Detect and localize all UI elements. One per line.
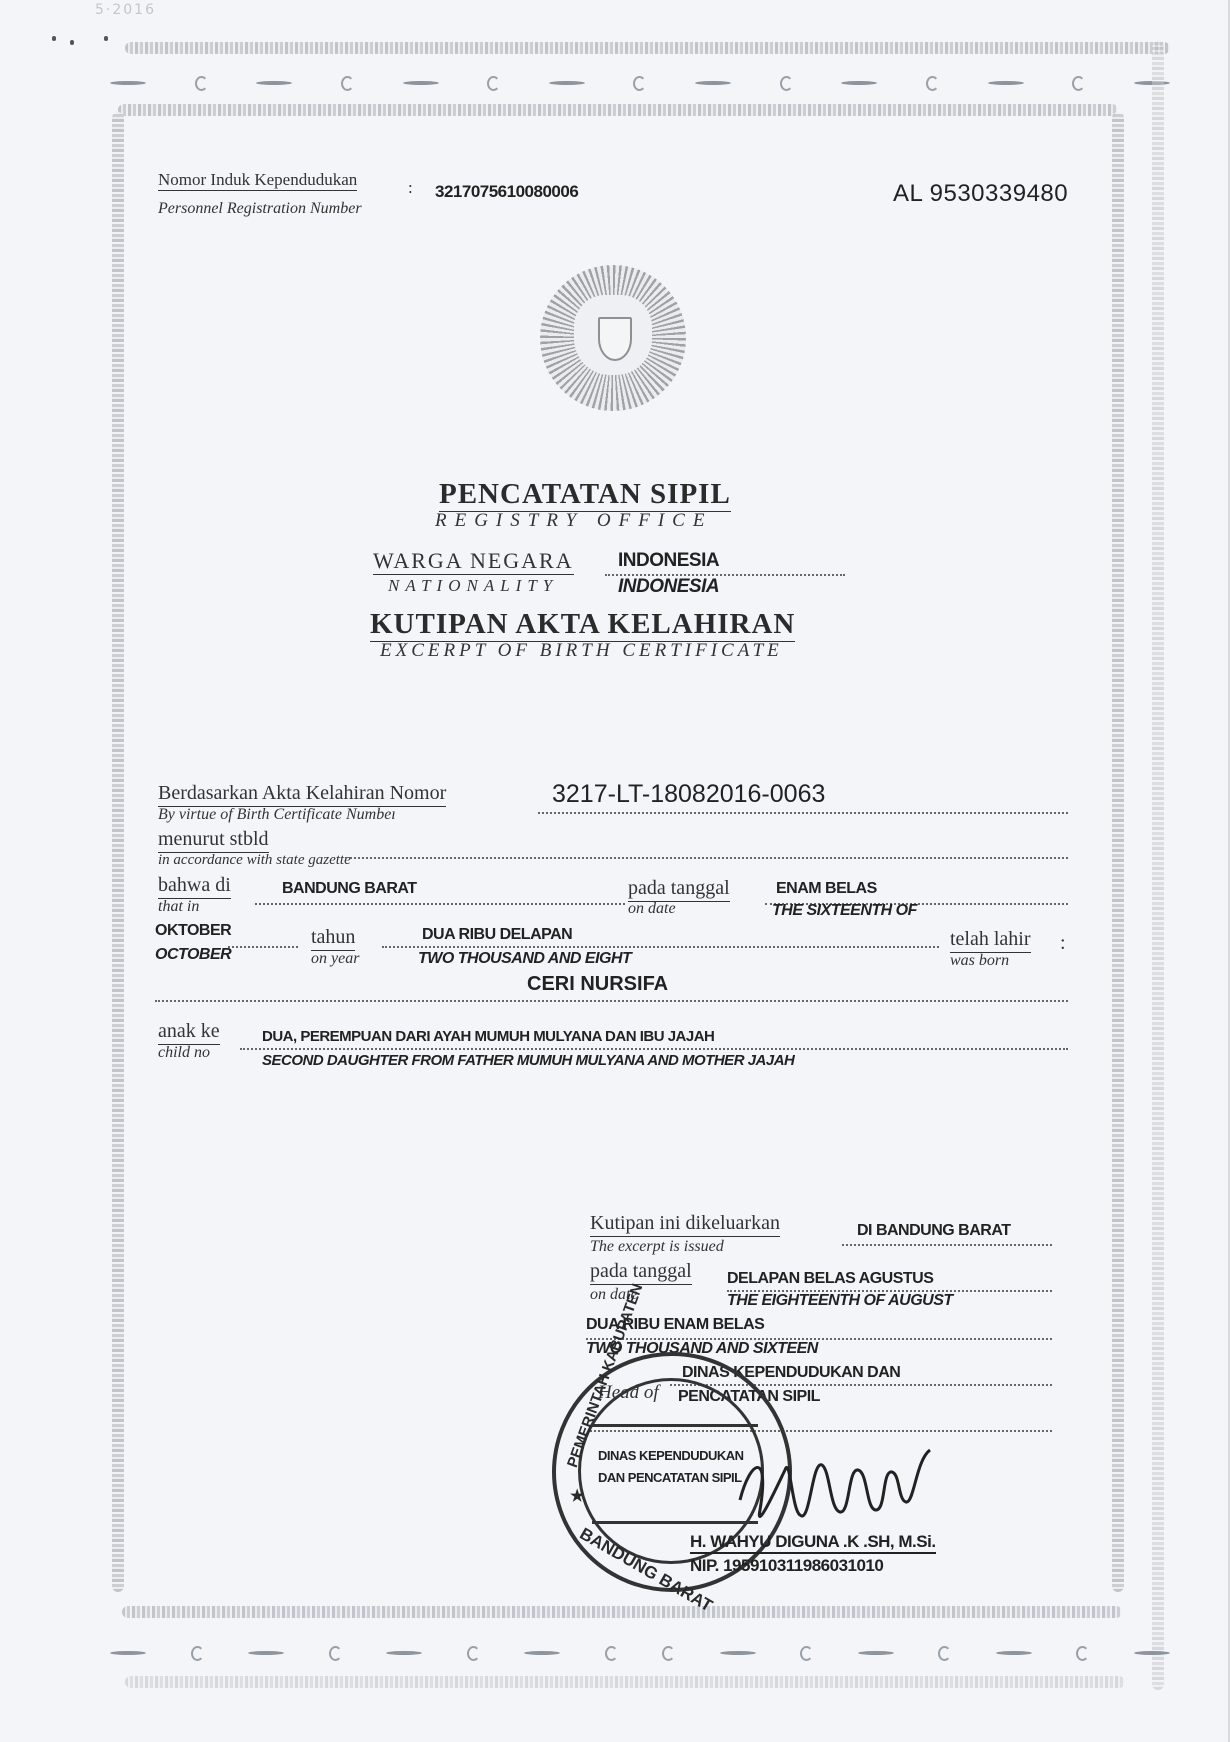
issued-date-label: pada tanggal <box>590 1260 692 1285</box>
born-separator: : <box>1060 932 1066 955</box>
border-ornament-bottom <box>110 1646 1170 1660</box>
child-no-value-en: SECOND DAUGHTER FROM FATHER MUMUH MULYAN… <box>262 1052 794 1069</box>
birth-year-label: tahun <box>311 926 355 951</box>
nationality-label: WARGA NEGARA <box>373 548 574 575</box>
birth-date-value: ENAM BELAS <box>776 880 877 898</box>
office-title: PENCATATAN SIPIL <box>439 478 731 512</box>
border-band-bottom-outer <box>125 1676 1125 1688</box>
garuda-emblem-icon <box>540 265 686 411</box>
border-band-left <box>112 112 124 1592</box>
born-label-en: was born <box>950 952 1009 970</box>
nik-label: Nomor Induk Kependudukan <box>158 170 357 190</box>
place-label-en: that in <box>158 898 199 916</box>
nik-separator: : <box>408 178 413 198</box>
cert-number-value: 3217-LT-18082016-0063 <box>552 780 825 809</box>
birth-year-value-en: TWO THOUSAND AND EIGHT <box>418 950 631 968</box>
stbld-label: menurut stbld <box>158 828 269 853</box>
birth-month-value: OKTOBER <box>155 922 231 940</box>
border-ornament-top <box>110 76 1170 90</box>
scan-mark: 5·2016 <box>95 2 156 18</box>
child-name: CERI NURSIFA <box>527 973 668 996</box>
birth-year-label-en: on year <box>311 950 359 968</box>
nik-value: 3217075610080006 <box>435 182 578 202</box>
document-title: KUTIPAN AKTA KELAHIRAN <box>370 608 795 642</box>
border-band-right-outer <box>1152 40 1164 1690</box>
nik-label-en: Personnel Registration Number <box>158 200 362 218</box>
issued-date-value-en: THE EIGHTEENTH OF AUGUST <box>727 1292 953 1310</box>
born-label: telah lahir <box>950 928 1031 953</box>
cert-number-dotted-line <box>538 812 1068 814</box>
nik-label-text: Nomor Induk Kependudukan <box>158 170 357 191</box>
border-band-right <box>1112 112 1124 1592</box>
birth-year-value: DUA RIBU DELAPAN <box>422 926 572 944</box>
official-nip: NIP. 195910311986031010 <box>690 1556 883 1576</box>
birth-date-value-en: THE SIXTEENTH OF <box>772 902 917 920</box>
birth-month-value-en: OCTOBER <box>155 946 231 964</box>
child-no-value: DUA, PEREMPUAN DARI AYAH MUMUH MULYANA D… <box>262 1028 714 1045</box>
issued-place-value: DI BANDUNG BARAT <box>857 1222 1010 1240</box>
issued-label: Kutipan ini dikeluarkan <box>590 1212 780 1237</box>
nationality-label-en: NATIONALITY <box>388 576 558 596</box>
nationality-value-en: INDONESIA <box>618 576 719 598</box>
border-band-top-inner <box>118 104 1118 116</box>
document-title-en: EXCERPT OF BIRTH CERTIFICATE <box>380 640 783 662</box>
stbld-label-en: in accordance with state gazette <box>158 852 351 869</box>
birth-month-dotted-line <box>228 946 298 948</box>
scan-speck <box>104 36 108 41</box>
serial-number: AL 9530339480 <box>893 180 1068 208</box>
place-dotted-line <box>255 903 625 905</box>
issued-date-value: DELAPAN BELAS AGUSTUS <box>727 1270 933 1288</box>
issued-place-dotted-line <box>842 1244 1052 1246</box>
border-band-top-outer <box>125 42 1170 54</box>
scan-speck <box>52 36 56 41</box>
office-title-en: REGISTRY OFFICE <box>435 510 712 532</box>
border-band-bottom-inner <box>122 1606 1122 1618</box>
nationality-value: INDONESIA <box>618 550 719 572</box>
birth-certificate-page: 5·2016 Nomor Induk Kependudukan Personne… <box>0 0 1230 1742</box>
child-name-dotted-line <box>155 1000 1068 1002</box>
official-name: H. WAHYU DIGUNA .K .SH, M.Si. <box>690 1532 936 1554</box>
cert-number-label: Berdasarkan Akta Kelahiran Nomor <box>158 782 446 807</box>
birth-year-dotted-line <box>382 946 939 948</box>
birth-date-label: pada tanggal <box>628 877 730 902</box>
cert-number-label-en: By virtue of Birth Certificate Numbeı <box>158 806 396 824</box>
signature-icon <box>730 1440 960 1540</box>
stamp-star-icon: ★ <box>570 1486 584 1506</box>
scan-speck <box>70 40 74 45</box>
birth-date-label-en: on date <box>628 900 676 918</box>
place-label: bahwa di <box>158 874 231 899</box>
issued-label-en: The excerpt is issued <box>590 1238 724 1256</box>
stbld-dotted-line <box>345 857 1068 859</box>
child-no-label-en: child no <box>158 1044 210 1062</box>
child-no-dotted-line <box>240 1048 1068 1050</box>
place-value: BANDUNG BARAT <box>282 880 417 898</box>
child-no-label: anak ke <box>158 1020 220 1045</box>
